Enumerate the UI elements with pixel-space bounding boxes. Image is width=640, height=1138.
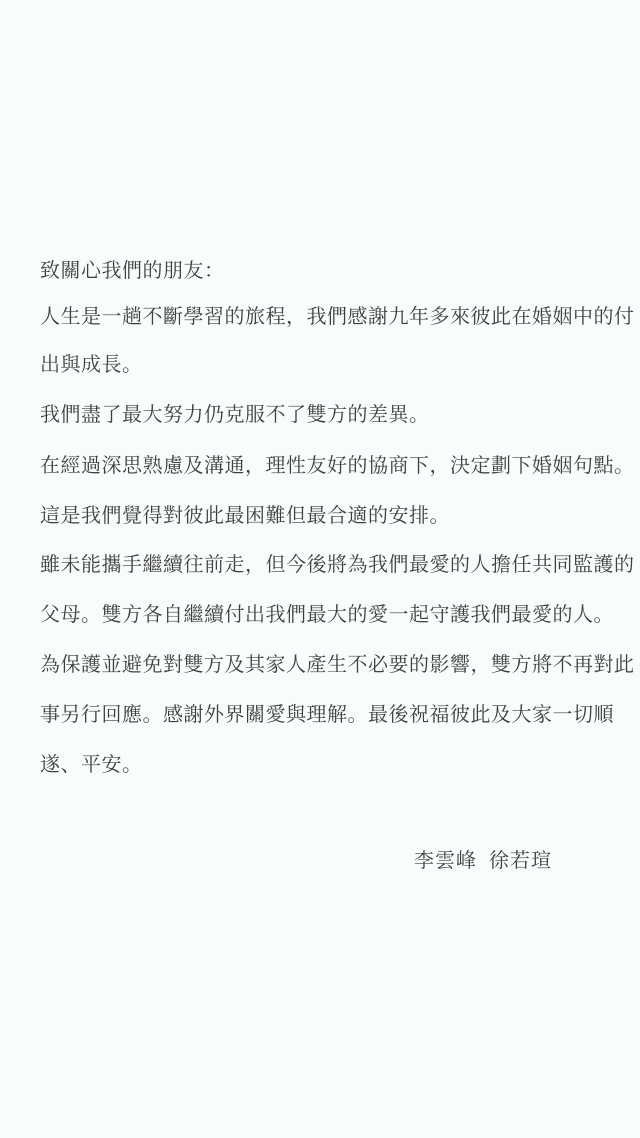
letter-salutation: 致關心我們的朋友：	[40, 258, 616, 284]
signature-names: 李雲峰 徐若瑄	[414, 848, 552, 874]
letter-line: 人生是一趟不斷學習的旅程，我們感謝九年多來彼此在婚姻中的付	[40, 304, 616, 330]
letter-line: 這是我們覺得對彼此最困難但最合適的安排。	[40, 503, 616, 529]
letter-line: 在經過深思熟慮及溝通，理性友好的協商下，決定劃下婚姻句點。	[40, 453, 616, 479]
letter-photo: 致關心我們的朋友： 人生是一趟不斷學習的旅程，我們感謝九年多來彼此在婚姻中的付 …	[0, 0, 640, 1138]
letter-line: 出與成長。	[40, 352, 616, 378]
letter-line: 事另行回應。感謝外界關愛與理解。最後祝福彼此及大家一切順	[40, 702, 616, 728]
letter-line: 我們盡了最大努力仍克服不了雙方的差異。	[40, 402, 616, 428]
letter-line: 為保護並避免對雙方及其家人產生不必要的影響，雙方將不再對此	[40, 652, 616, 678]
letter-line: 父母。雙方各自繼續付出我們最大的愛一起守護我們最愛的人。	[40, 602, 616, 628]
letter-line: 雖未能攜手繼續往前走，但今後將為我們最愛的人擔任共同監護的	[40, 552, 616, 578]
letter-line: 遂、平安。	[40, 752, 616, 778]
